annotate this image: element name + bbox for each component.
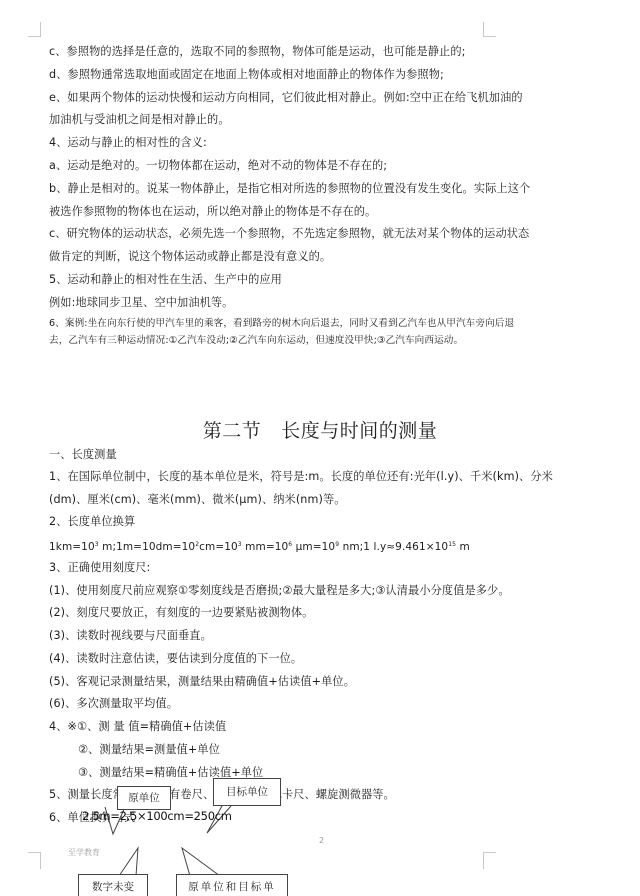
- section-number: 第二节: [203, 420, 262, 442]
- callout-original-unit: 原单位: [117, 786, 171, 810]
- text-line-indented: ②、测量结果=测量值+单位: [78, 743, 220, 757]
- text-line: 3、正确使用刻度尺:: [49, 561, 150, 575]
- text-line: 例如:地球同步卫星、空中加油机等。: [49, 296, 233, 310]
- text-line: a、运动是绝对的。一切物体都在运动，绝对不动的物体是不存在的;: [49, 159, 387, 173]
- page-corner-mark-bottom-right: [483, 852, 496, 869]
- page-corner-mark-top-right: [483, 22, 496, 37]
- subheading: 一、长度测量: [49, 448, 117, 462]
- text-line: 被选作参照物的物体也在运动，所以绝对静止的物体是不存在的。: [49, 205, 376, 219]
- page-corner-mark-bottom-left: [28, 852, 41, 869]
- callout-number-unchanged: 数字未变: [78, 874, 148, 896]
- text-line: (5)、客观记录测量结果，测量结果由精确值+估读值+单位。: [49, 675, 355, 689]
- text-line: d、参照物通常选取地面或固定在地面上物体或相对地面静止的物体作为参照物;: [49, 68, 444, 82]
- text-line: 1、在国际单位制中，长度的基本单位是米，符号是:m。长度的单位还有:光年(l.y…: [49, 470, 553, 484]
- text-line: e、如果两个物体的运动快慢和运动方向相同，它们彼此相对静止。例如:空中正在给飞机…: [49, 91, 523, 105]
- text-line: (dm)、厘米(cm)、毫米(mm)、微米(μm)、纳米(nm)等。: [49, 493, 346, 507]
- text-line: (1)、使用刻度尺前应观察①零刻度线是否磨损;②最大量程是多大;③认清最小分度值…: [49, 584, 510, 598]
- text-line: b、静止是相对的。说某一物体静止，是指它相对所选的参照物的位置没有发生变化。实际…: [49, 182, 530, 196]
- text-line: 4、※①、测 量 值=精确值+估读值: [49, 720, 226, 734]
- callout-original-and-target-unit: 原单位和目标单: [176, 874, 288, 896]
- page-corner-mark-top-left: [28, 22, 41, 37]
- unit-conversion-formula: 1km=103 m;1m=10dm=102cm=103 mm=106 μm=10…: [49, 538, 470, 554]
- conversion-example-formula: 2.5m=2.5×100cm=250cm: [82, 809, 232, 823]
- callout-target-unit: 目标单位: [213, 778, 281, 806]
- text-line: 2、长度单位换算: [49, 515, 135, 529]
- text-line: 做肯定的判断，说这个物体运动或静止都是没有意义的。: [49, 250, 331, 264]
- text-line: (3)、读数时视线要与尺面垂直。: [49, 629, 212, 643]
- section-name: 长度与时间的测量: [281, 420, 437, 442]
- page-number: 2: [319, 836, 324, 845]
- text-line: 5、运动和静止的相对性在生活、生产中的应用: [49, 273, 282, 287]
- case-line: 去，乙汽车有三种运动情况:①乙汽车没动;②乙汽车向东运动，但速度没甲快;③乙汽车…: [49, 334, 463, 348]
- section-title: 第二节长度与时间的测量: [0, 416, 640, 443]
- text-line: (4)、读数时注意估读，要估读到分度值的下一位。: [49, 652, 302, 666]
- text-line: 4、运动与静止的相对性的含义:: [49, 136, 207, 150]
- text-line: (2)、刻度尺要放正，有刻度的一边要紧贴被测物体。: [49, 606, 313, 620]
- case-line: 6、案例:坐在向东行使的甲汽车里的乘客，看到路旁的树木向后退去，同时又看到乙汽车…: [49, 317, 514, 331]
- footer-brand: 至学教育: [68, 847, 100, 858]
- text-line: c、研究物体的运动状态，必须先选一个参照物，不先选定参照物，就无法对某个物体的运…: [49, 227, 529, 241]
- text-line: 加油机与受油机之间是相对静止的。: [49, 113, 230, 127]
- text-line: (6)、多次测量取平均值。: [49, 697, 178, 711]
- text-line: c、参照物的选择是任意的，选取不同的参照物，物体可能是运动，也可能是静止的;: [49, 45, 465, 59]
